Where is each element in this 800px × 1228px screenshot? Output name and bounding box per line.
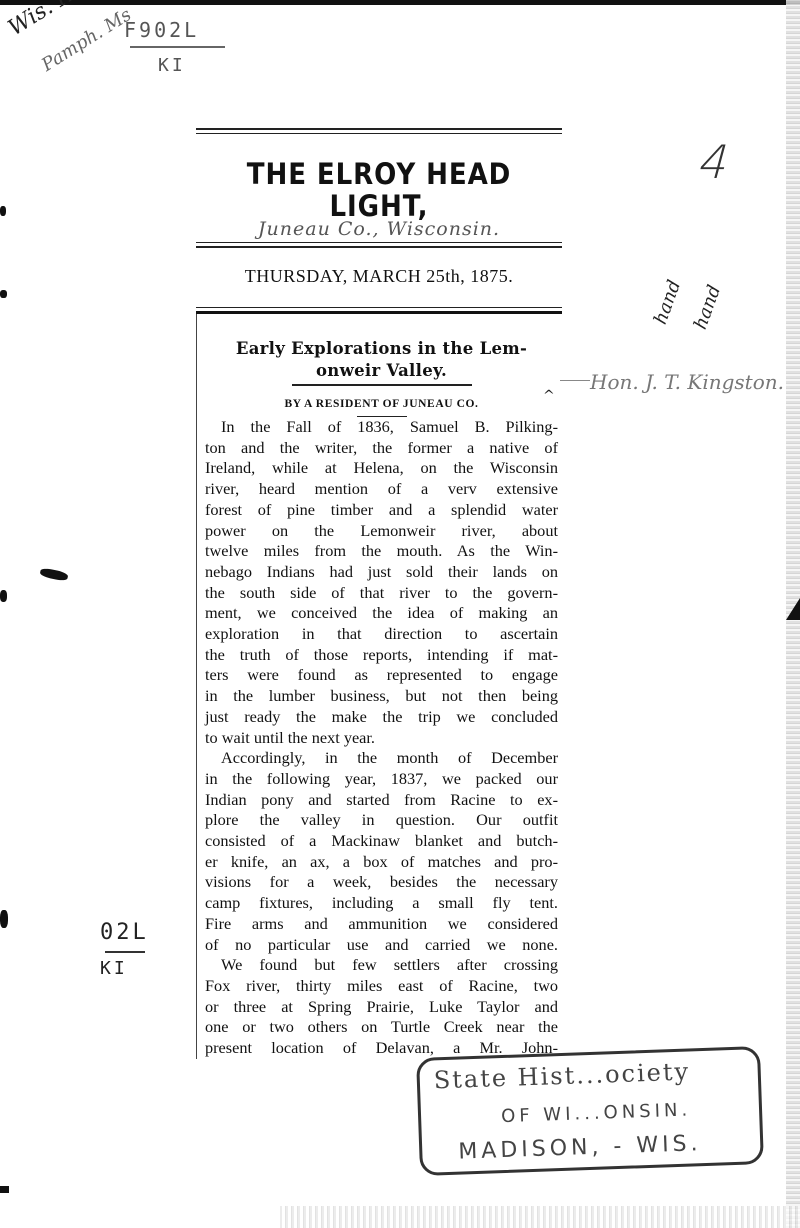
body-line: exploration in that direction to ascerta… bbox=[205, 624, 558, 645]
scan-top-border bbox=[0, 0, 800, 5]
article-body: In the Fall of 1836, Samuel B. Pilking- … bbox=[205, 417, 558, 1059]
body-line: just ready the make the trip we conclude… bbox=[205, 707, 558, 728]
headline-line-2: onweir Valley. bbox=[205, 360, 558, 382]
catalog-divider-left bbox=[105, 951, 145, 953]
body-line: Ireland, while at Helena, on the Wiscons… bbox=[205, 458, 558, 479]
stamp-line-2: OF WI...ONSIN. bbox=[501, 1099, 692, 1127]
masthead-rule bbox=[196, 242, 562, 248]
headline-underline bbox=[292, 384, 472, 386]
body-line: Accordingly, in the month of December bbox=[205, 748, 558, 769]
body-line: er knife, an ax, a box of matches and pr… bbox=[205, 852, 558, 873]
body-line: or three at Spring Prairie, Luke Taylor … bbox=[205, 997, 558, 1018]
catalog-number-top: F902L bbox=[124, 18, 199, 42]
body-line: In the Fall of 1836, Samuel B. Pilking- bbox=[205, 417, 558, 438]
body-line: Fire arms and ammunition we considered bbox=[205, 914, 558, 935]
body-line: camp fixtures, including a small fly ten… bbox=[205, 893, 558, 914]
library-stamp: State Hist...ociety OF WI...ONSIN. MADIS… bbox=[416, 1046, 764, 1176]
body-line: Indian pony and started from Racine to e… bbox=[205, 790, 558, 811]
headline-line-1: Early Explorations in the Lem- bbox=[205, 338, 558, 360]
body-line: twelve miles from the mouth. As the Win- bbox=[205, 541, 558, 562]
scan-speck bbox=[0, 290, 7, 298]
body-line: the truth of those reports, intending if… bbox=[205, 645, 558, 666]
scan-corner-mark bbox=[786, 598, 800, 620]
margin-scribble-1: hand bbox=[650, 277, 685, 327]
body-line: power on the Lemonweir river, about bbox=[205, 521, 558, 542]
insertion-caret: ^ bbox=[543, 388, 555, 404]
body-line: consisted of a Mackinaw blanket and butc… bbox=[205, 831, 558, 852]
scan-bottom-edge bbox=[280, 1206, 800, 1228]
catalog-divider-top bbox=[130, 46, 225, 48]
body-line: nebago Indians had just sold their lands… bbox=[205, 562, 558, 583]
body-line: plore the valley in question. Our outfit bbox=[205, 810, 558, 831]
body-line: in the following year, 1837, we packed o… bbox=[205, 769, 558, 790]
newspaper-clipping: THE ELROY HEAD LIGHT, Juneau Co., Wiscon… bbox=[196, 128, 562, 1059]
stamp-line-3: MADISON, - WIS. bbox=[458, 1131, 702, 1164]
article-headline: Early Explorations in the Lem- onweir Va… bbox=[205, 314, 558, 382]
scan-speck bbox=[0, 1186, 9, 1193]
newspaper-title: THE ELROY HEAD LIGHT, bbox=[214, 158, 543, 222]
scan-speck bbox=[39, 567, 68, 582]
margin-scribble-2: hand bbox=[690, 282, 725, 332]
scan-speck bbox=[0, 206, 6, 216]
scan-speck bbox=[0, 910, 8, 928]
scan-speck bbox=[0, 590, 7, 602]
page-number: 4 bbox=[693, 135, 737, 189]
body-line: forest of pine timber and a splendid wat… bbox=[205, 500, 558, 521]
body-line: to wait until the next year. bbox=[205, 728, 558, 749]
stamp-line-1: State Hist...ociety bbox=[433, 1057, 690, 1094]
body-line: the south side of that river to the gove… bbox=[205, 583, 558, 604]
dateline: THURSDAY, MARCH 25th, 1875. bbox=[196, 266, 562, 287]
body-line: river, heard mention of a verv extensive bbox=[205, 479, 558, 500]
article: Early Explorations in the Lem- onweir Va… bbox=[196, 314, 562, 1059]
body-line: visions for a week, besides the necessar… bbox=[205, 872, 558, 893]
margin-note-author: Hon. J. T. Kingston. bbox=[590, 370, 784, 394]
body-line: ton and the writer, the former a native … bbox=[205, 438, 558, 459]
masthead: THE ELROY HEAD LIGHT, Juneau Co., Wiscon… bbox=[196, 128, 562, 314]
body-line: ment, we conceived the idea of making an bbox=[205, 603, 558, 624]
body-line: one or two others on Turtle Creek near t… bbox=[205, 1017, 558, 1038]
body-line: We found but few settlers after crossing bbox=[205, 955, 558, 976]
body-line: Fox river, thirty miles east of Racine, … bbox=[205, 976, 558, 997]
body-line: in the lumber business, but not then bei… bbox=[205, 686, 558, 707]
catalog-sub-left: KI bbox=[100, 958, 128, 979]
catalog-number-left: 02L bbox=[100, 920, 149, 945]
margin-note-leader bbox=[560, 380, 590, 381]
body-line: of no particular use and carried we none… bbox=[205, 935, 558, 956]
catalog-sub-top: KI bbox=[158, 55, 186, 76]
body-line: ters were found as represented to engage bbox=[205, 665, 558, 686]
dateline-rule bbox=[196, 307, 562, 314]
article-byline: BY A RESIDENT OF JUNEAU CO. bbox=[205, 398, 558, 410]
